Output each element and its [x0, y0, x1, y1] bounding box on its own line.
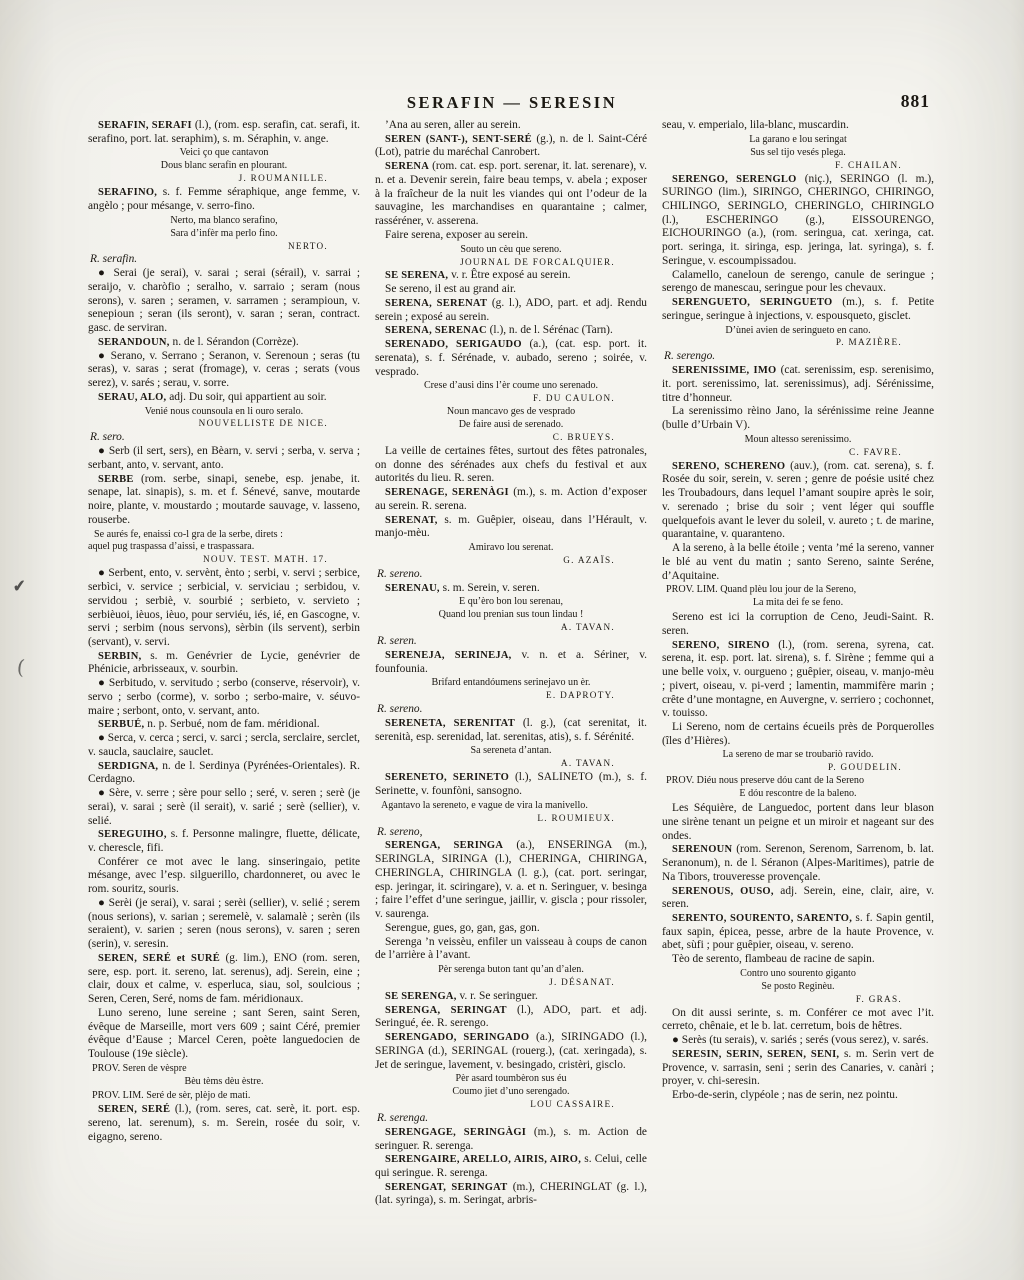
dict-entry: SERENGAIRE, ARELLO, AIRIS, AIRO, s. Celu… — [375, 1153, 647, 1180]
citation: C. BRUEYS. — [375, 432, 647, 444]
dict-entry: SERENGA, SERINGA (a.), ENSERINGA (m.), S… — [375, 839, 647, 921]
dict-entry: SERENOUS, OUSO, adj. Serein, eine, clair… — [662, 885, 934, 912]
headword: SE SERENGA, — [385, 991, 457, 1002]
proverb: PROV. Diéu nous preserve dóu cant de la … — [662, 775, 934, 801]
cross-reference: R. serenga. — [375, 1112, 647, 1126]
headword: SERENGAGE, SERINGÀGI — [385, 1127, 526, 1138]
headword: SERENA — [385, 161, 429, 172]
pencil-stroke-mark: ( — [16, 655, 26, 680]
headword: SERENOUN — [672, 844, 732, 855]
proverb-line: PROV. Seren de vèspre — [88, 1063, 360, 1076]
cross-reference: R. seren. — [375, 635, 647, 649]
headword: SE SERENA, — [385, 270, 448, 281]
citation: F. DU CAULON. — [375, 393, 647, 405]
column-1: SERAFIN, SERAFI (l.), (rom. esp. serafin… — [88, 119, 360, 1208]
body-text: Tèo de serento, flambeau de racine de sa… — [662, 953, 934, 967]
body-text: Les Séquière, de Languedoc, portent dans… — [662, 802, 934, 843]
cross-reference: R. sero. — [88, 431, 360, 445]
body-text: ● Serbent, ento, v. servènt, ènto ; serb… — [88, 567, 360, 649]
citation: P. GOUDELIN. — [662, 762, 934, 774]
entry-body: n. de l. Sérandon (Corrèze). — [173, 336, 299, 348]
dict-entry: SERENADO, SERIGAUDO (a.), (cat. esp. por… — [375, 338, 647, 379]
dict-entry: SE SERENA, v. r. Être exposé au serein. — [375, 269, 647, 283]
dict-entry: SERENOUN (rom. Serenon, Serenom, Sarreno… — [662, 843, 934, 884]
dict-entry: SERENISSIME, IMO (cat. serenissim, esp. … — [662, 364, 934, 405]
dict-entry: SEREN (SANT-), SENT-SERÉ (g.), n. de l. … — [375, 133, 647, 160]
page-number: 881 — [901, 91, 930, 112]
verse-quote: La sereno de mar se troubariò ravido. — [662, 749, 934, 762]
verse-quote: Pèr asard toumbèron sus éu Coumo jiet d’… — [375, 1073, 647, 1099]
citation: F. GRAS. — [662, 994, 934, 1006]
headword: SERENO, SIRENO — [672, 640, 770, 651]
headword: SERANDOUN, — [98, 337, 170, 348]
entry-body: v. r. Être exposé au serein. — [451, 269, 570, 281]
headword: SERENAT, — [385, 515, 438, 526]
verse-quote: Brifard entandóumens serinejavo un èr. — [375, 677, 647, 690]
cross-reference: R. sereno. — [375, 568, 647, 582]
headword: SERBUÉ, — [98, 719, 144, 730]
proverb-line: Bèu tèms dèu èstre. — [88, 1076, 360, 1089]
dict-entry: SERDIGNA, n. de l. Serdinya (Pyrénées-Or… — [88, 760, 360, 787]
headword: SERENGA, SERINGAT — [385, 1005, 507, 1016]
cross-reference: R. serengo. — [662, 350, 934, 364]
headword: SERAFINO, — [98, 187, 157, 198]
dict-entry: SERENA (rom. cat. esp. port. serenar, it… — [375, 160, 647, 229]
small-quote: Se aurés fe, enaissi co-l gra de la serb… — [88, 529, 360, 555]
body-text: Erbo-de-serin, clypéole ; nas de serin, … — [662, 1089, 934, 1103]
body-text: Conférer ce mot avec le lang. sinseringa… — [88, 856, 360, 897]
headword: SERENOUS, OUSO, — [672, 886, 774, 897]
dict-entry: SERBE (rom. serbe, sinapi, senebe, esp. … — [88, 473, 360, 528]
column-2: ’Ana au seren, aller au serein.SEREN (SA… — [375, 119, 647, 1208]
body-text: Se sereno, il est au grand air. — [375, 283, 647, 297]
verse-quote: Crese d’ausi dins l’èr coume uno serenad… — [375, 380, 647, 393]
proverb: PROV. Seren de vèspreBèu tèms dèu èstre. — [88, 1063, 360, 1089]
citation: LOU CASSAIRE. — [375, 1099, 647, 1111]
headword: SEREN, SERÉ — [98, 1104, 170, 1115]
headword: SEREGUIHO, — [98, 829, 167, 840]
citation: J. ROUMANILLE. — [88, 173, 360, 185]
proverb-line: PROV. Diéu nous preserve dóu cant de la … — [662, 775, 934, 788]
citation: JOURNAL DE FORCALQUIER. — [375, 257, 647, 269]
dict-entry: SERENETO, SERINETO (l.), SALINETO (m.), … — [375, 771, 647, 798]
dict-entry: SERENTO, SOURENTO, SARENTO, s. f. Sapin … — [662, 912, 934, 953]
dict-entry: SERENA, SERENAC (l.), n. de l. Sérénac (… — [375, 324, 647, 338]
proverb-line: La mita dei fe se feno. — [662, 597, 934, 610]
dict-entry: SERENEJA, SERINEJA, v. n. et a. Sériner,… — [375, 649, 647, 676]
dict-entry: SERAFIN, SERAFI (l.), (rom. esp. serafin… — [88, 119, 360, 146]
headword: SERENEJA, SERINEJA, — [385, 650, 512, 661]
verse-quote: Sa sereneta d’antan. — [375, 745, 647, 758]
entry-body: n. p. Serbué, nom de fam. méridional. — [147, 718, 319, 730]
headword: SERENGUETO, SERINGUETO — [672, 297, 832, 308]
body-text: Li Sereno, nom de certains écueils près … — [662, 721, 934, 748]
body-text: ’Ana au seren, aller au serein. — [375, 119, 647, 133]
headword: SERAU, ALO, — [98, 392, 166, 403]
citation: C. FAVRE. — [662, 447, 934, 459]
body-text: ● Serbitudo, v. servitudo ; serbo (conse… — [88, 677, 360, 718]
headword: SERENGA, SERINGA — [385, 840, 503, 851]
dict-entry: SERESIN, SERIN, SEREN, SENI, s. m. Serin… — [662, 1048, 934, 1089]
headword: SERENGAT, SERINGAT — [385, 1182, 507, 1193]
headword: SERENISSIME, IMO — [672, 365, 776, 376]
headword: SERENGAIRE, ARELLO, AIRIS, AIRO, — [385, 1154, 581, 1165]
body-text: Luno sereno, lune sereine ; sant Seren, … — [88, 1007, 360, 1062]
proverb-line: E dóu rescontre de la baleno. — [662, 788, 934, 801]
proverb: PROV. LIM. Seré de sèr, plèjo de mati. — [88, 1090, 360, 1103]
entry-body: (l.), n. de l. Sérénac (Tarn). — [490, 324, 613, 336]
headword: SEREN, SERÉ et SURÉ — [98, 953, 220, 964]
dict-entry: SE SERENGA, v. r. Se seringuer. — [375, 990, 647, 1004]
headword: SERENAU, — [385, 583, 440, 594]
verse-quote: Contro uno sourento giganto Se posto Reg… — [662, 968, 934, 994]
headword: SERENETO, SERINETO — [385, 772, 509, 783]
citation: NERTO. — [88, 241, 360, 253]
headword: SERENGO, SERENGLO — [672, 174, 797, 185]
citation: A. TAVAN. — [375, 758, 647, 770]
small-quote: Agantavo la sereneto, e vague de vira la… — [375, 800, 647, 813]
running-head: SERAFIN — SERESIN 881 — [88, 93, 936, 117]
headword: SERENAGE, SERENÀGI — [385, 487, 509, 498]
verse-quote: Pèr serenga buton tant qu’an d’alen. — [375, 964, 647, 977]
body-text: On dit aussi serinte, s. m. Conférer ce … — [662, 1007, 934, 1034]
headword: SERENO, SCHERENO — [672, 461, 785, 472]
entry-body: s. m. Serein, v. seren. — [443, 582, 540, 594]
dict-entry: SERENA, SERENAT (g. l.), ADO, part. et a… — [375, 297, 647, 324]
entry-body: (niç.), SERINGO (l. m.), SURINGO (lim.),… — [662, 173, 934, 267]
body-text: ● Serb (il sert, sers), en Bèarn, v. ser… — [88, 445, 360, 472]
dict-entry: SERENGADO, SERINGADO (a.), SIRINGADO (l.… — [375, 1031, 647, 1072]
proverb-line: PROV. LIM. Seré de sèr, plèjo de mati. — [88, 1090, 360, 1103]
headword: SERENGADO, SERINGADO — [385, 1032, 529, 1043]
citation: E. DAPROTY. — [375, 690, 647, 702]
body-text: Sereno est ici la corruption de Ceno, Je… — [662, 611, 934, 638]
dict-entry: SERENGA, SERINGAT (l.), ADO, part. et ad… — [375, 1004, 647, 1031]
body-text: Faire serena, exposer au serein. — [375, 229, 647, 243]
cross-reference: R. serafin. — [88, 253, 360, 267]
citation: NOUVELLISTE DE NICE. — [88, 418, 360, 430]
verse-quote: E qu’èro bon lou serenau, Quand lou pren… — [375, 596, 647, 622]
citation: F. CHAILAN. — [662, 160, 934, 172]
dict-entry: SERENGAGE, SERINGÀGI (m.), s. m. Action … — [375, 1126, 647, 1153]
headword: SERBE — [98, 474, 134, 485]
dict-entry: SERENAU, s. m. Serein, v. seren. — [375, 582, 647, 596]
dict-entry: SERANDOUN, n. de l. Sérandon (Corrèze). — [88, 336, 360, 350]
column-3: seau, v. emperialo, lila-blanc, muscardi… — [662, 119, 934, 1208]
verse-quote: Amiravo lou serenat. — [375, 542, 647, 555]
body-text: ● Serai (je serai), v. sarai ; serai (sé… — [88, 267, 360, 336]
headword: SERENA, SERENAC — [385, 325, 487, 336]
dict-entry: SEREN, SERÉ (l.), (rom. seres, cat. serè… — [88, 1103, 360, 1144]
body-text: ● Serano, v. Serrano ; Seranon, v. Seren… — [88, 350, 360, 391]
citation: P. MAZIÈRE. — [662, 337, 934, 349]
headword: SERDIGNA, — [98, 761, 158, 772]
dict-entry: SERENAGE, SERENÀGI (m.), s. m. Action d’… — [375, 486, 647, 513]
continuation-text: seau, v. emperialo, lila-blanc, muscardi… — [662, 119, 934, 133]
body-text: ● Sère, v. serre ; sère pour sello ; ser… — [88, 787, 360, 828]
cross-reference: R. sereno, — [375, 826, 647, 840]
body-text: Serenga ’n veissèu, enfiler un vaisseau … — [375, 936, 647, 963]
entry-body: (a.), ENSERINGA (m.), SERINGLA, SIRINGA … — [375, 839, 647, 920]
dict-entry: SERENGO, SERENGLO (niç.), SERINGO (l. m.… — [662, 173, 934, 269]
verse-quote: Venié nous counsoula en li ouro seralo. — [88, 406, 360, 419]
body-text: Calamello, caneloun de serengo, canule d… — [662, 269, 934, 296]
page-header-title: SERAFIN — SERESIN — [88, 93, 936, 113]
dict-entry: SEREN, SERÉ et SURÉ (g. lim.), ENO (rom.… — [88, 952, 360, 1007]
dict-entry: SERENGAT, SERINGAT (m.), CHERINGLAT (g. … — [375, 1181, 647, 1208]
body-text: ● Serèi (je serai), v. sarai ; serèi (se… — [88, 897, 360, 952]
dictionary-page: SERAFIN — SERESIN 881 SERAFIN, SERAFI (l… — [0, 0, 1024, 1280]
citation: A. TAVAN. — [375, 622, 647, 634]
proverb-line: PROV. LIM. Quand plèu lou jour de la Ser… — [662, 584, 934, 597]
headword: SERENTO, SOURENTO, SARENTO, — [672, 913, 852, 924]
dict-entry: SERAU, ALO, adj. Du soir, qui appartient… — [88, 391, 360, 405]
entry-body: adj. Du soir, qui appartient au soir. — [169, 391, 326, 403]
dict-entry: SERENO, SIRENO (l.), (rom. serena, syren… — [662, 639, 934, 721]
verse-quote: Veici ço que cantavon Dous blanc serafin… — [88, 147, 360, 173]
citation: NOUV. TEST. MATH. 17. — [88, 554, 360, 566]
text-columns: SERAFIN, SERAFI (l.), (rom. esp. serafin… — [88, 119, 936, 1208]
citation: L. ROUMIEUX. — [375, 813, 647, 825]
handwritten-margin-mark: ✔ — [13, 576, 26, 596]
headword: SERBIN, — [98, 651, 141, 662]
entry-body: v. r. Se seringuer. — [459, 990, 537, 1002]
citation: J. DÉSANAT. — [375, 977, 647, 989]
verse-quote: Moun altesso serenissimo. — [662, 434, 934, 447]
dict-entry: SERBIN, s. m. Genévrier de Lycie, genévr… — [88, 650, 360, 677]
dict-entry: SERENO, SCHERENO (auv.), (rom. cat. sere… — [662, 460, 934, 542]
headword: SERAFIN, SERAFI — [98, 120, 192, 131]
body-text: ● Serca, v. cerca ; serci, v. sarci ; se… — [88, 732, 360, 759]
body-text: Serengue, gues, go, gan, gas, gon. — [375, 922, 647, 936]
dict-entry: SERENETA, SERENITAT (l. g.), (cat sereni… — [375, 717, 647, 744]
headword: SERESIN, SERIN, SEREN, SENI, — [672, 1049, 839, 1060]
citation: G. AZAÏS. — [375, 555, 647, 567]
headword: SERENETA, SERENITAT — [385, 718, 515, 729]
body-text: A la sereno, à la belle étoile ; venta ’… — [662, 542, 934, 583]
verse-quote: Noun mancavo ges de vesprado De faire au… — [375, 406, 647, 432]
verse-quote: D’ùnei avien de seringueto en cano. — [662, 325, 934, 338]
body-text: ● Serès (tu serais), v. sariés ; serés (… — [662, 1034, 934, 1048]
body-text: La serenissimo rèino Jano, la sérénissim… — [662, 405, 934, 432]
headword: SERENADO, SERIGAUDO — [385, 339, 522, 350]
dict-entry: SERENAT, s. m. Guêpier, oiseau, dans l’H… — [375, 514, 647, 541]
verse-quote: La garano e lou seringat Sus sel tijo ve… — [662, 134, 934, 160]
body-text: La veille de certaines fêtes, surtout de… — [375, 445, 647, 486]
dict-entry: SEREGUIHO, s. f. Personne malingre, flue… — [88, 828, 360, 855]
cross-reference: R. sereno. — [375, 703, 647, 717]
verse-quote: Nerto, ma blanco serafino, Sara d’infèr … — [88, 215, 360, 241]
dict-entry: SERAFINO, s. f. Femme séraphique, ange f… — [88, 186, 360, 213]
proverb: PROV. LIM. Quand plèu lou jour de la Ser… — [662, 584, 934, 610]
verse-quote: Souto un cèu que sereno. — [375, 244, 647, 257]
headword: SEREN (SANT-), SENT-SERÉ — [385, 134, 532, 145]
dict-entry: SERBUÉ, n. p. Serbué, nom de fam. méridi… — [88, 718, 360, 732]
dict-entry: SERENGUETO, SERINGUETO (m.), s. f. Petit… — [662, 296, 934, 323]
headword: SERENA, SERENAT — [385, 298, 487, 309]
